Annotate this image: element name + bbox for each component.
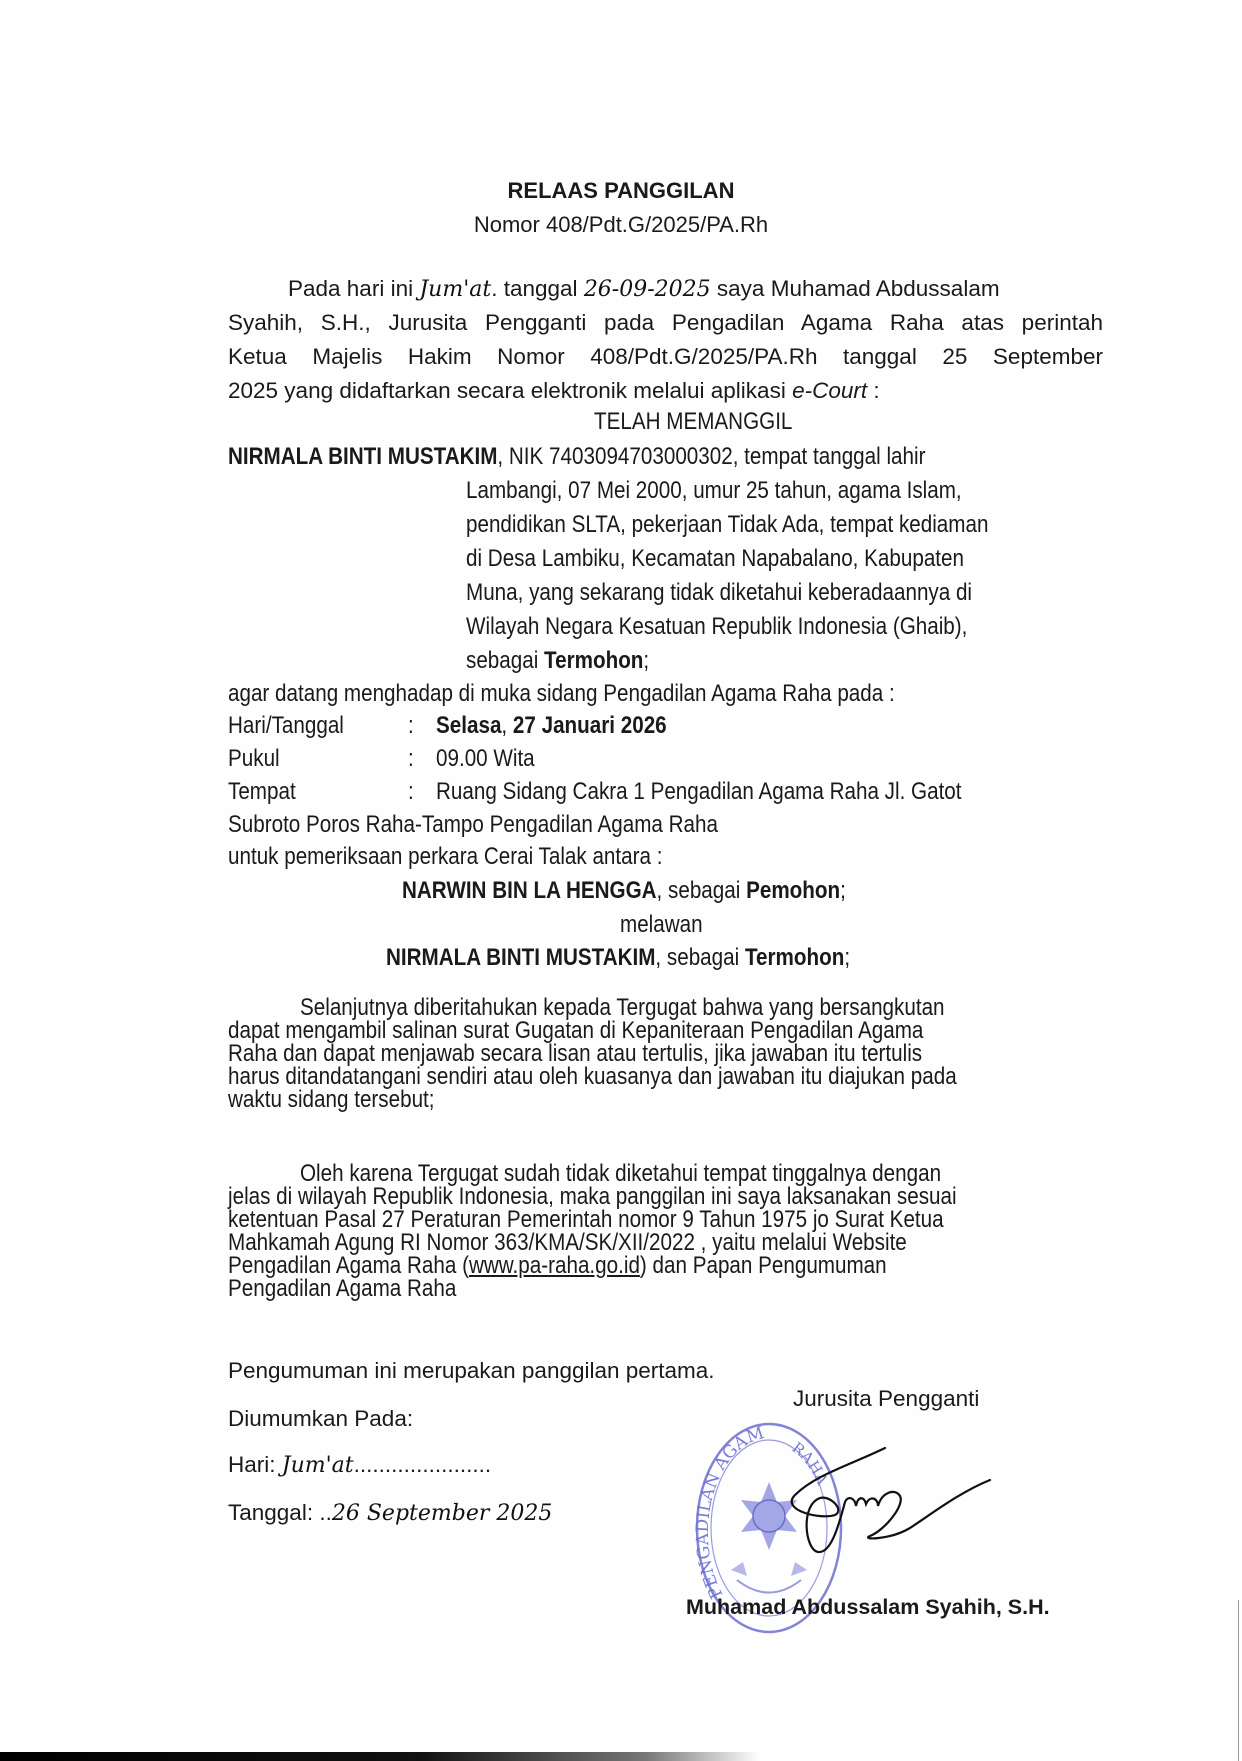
absent-line5-suffix: ) dan Papan Pengumuman (640, 1252, 887, 1279)
summons-intro: agar datang menghadap di muka sidang Pen… (228, 680, 895, 708)
opening-date-label: . tanggal (491, 276, 577, 301)
ecourt-label: e-Court (792, 378, 867, 403)
hearing-time-label: Pukul (228, 745, 280, 773)
absent-line-6: Pengadilan Agama Raha (228, 1275, 456, 1303)
announced-day-line: Hari: Jum'at...................... (228, 1452, 491, 1478)
opening-line-2: Syahih, S.H., Jurusita Pengganti pada Pe… (228, 310, 1103, 336)
petitioner-end: ; (840, 877, 846, 904)
hearing-date: 27 Januari 2026 (513, 712, 667, 739)
opening-line4-prefix: 2025 yang didaftarkan secara elektronik … (228, 378, 786, 403)
petitioner-line: NARWIN BIN LA HENGGA, sebagai Pemohon; (402, 877, 846, 905)
hearing-place-colon: : (408, 778, 414, 806)
hearing-time-colon: : (408, 745, 414, 773)
petitioner-mid: , sebagai (657, 877, 747, 904)
hearing-place-value-cont: Subroto Poros Raha-Tampo Pengadilan Agam… (228, 811, 718, 839)
announced-day-label: Hari: (228, 1452, 276, 1477)
opening-line-3: Ketua Majelis Hakim Nomor 408/Pdt.G/2025… (228, 344, 1103, 370)
summoned-heading: TELAH MEMANGGIL (594, 408, 792, 436)
respondent-line-2: Lambangi, 07 Mei 2000, umur 25 tahun, ag… (466, 477, 1102, 505)
case-intro: untuk pemeriksaan perkara Cerai Talak an… (228, 843, 662, 871)
signer-name: Muhamad Abdussalam Syahih, S.H. (686, 1595, 1050, 1620)
respondent-role-suffix: ; (643, 647, 649, 674)
announced-date-line: Tanggal: ..26 September 2025 (228, 1500, 552, 1526)
document-title: RELAAS PANGGILAN (0, 178, 1242, 204)
respondent-name: NIRMALA BINTI MUSTAKIM (228, 443, 497, 470)
petitioner-name: NARWIN BIN LA HENGGA (402, 877, 657, 904)
hearing-day-label: Hari/Tanggal (228, 712, 344, 740)
handwritten-announced-day: Jum'at (282, 1453, 354, 1478)
respondent-party-role: Termohon (745, 944, 844, 971)
website-link[interactable]: www.pa-raha.go.id (469, 1252, 640, 1279)
respondent-line-6: Wilayah Negara Kesatuan Republik Indones… (466, 613, 967, 641)
opening-line4-suffix: : (867, 378, 880, 403)
signer-position: Jurusita Pengganti (793, 1386, 979, 1412)
announced-date-dots: .. (319, 1500, 332, 1525)
opening-line-4: 2025 yang didaftarkan secara elektronik … (228, 378, 880, 404)
respondent-line-3: pendidikan SLTA, pekerjaan Tidak Ada, te… (466, 511, 988, 539)
hearing-place-label: Tempat (228, 778, 296, 806)
signature-icon (760, 1440, 1000, 1570)
announced-day-dots: ...................... (354, 1452, 492, 1477)
respondent-party-mid: , sebagai (655, 944, 745, 971)
opening-line1-rest: saya Muhamad Abdussalam (717, 276, 1000, 301)
announced-date-label: Tanggal: (228, 1500, 313, 1525)
hearing-weekday: Selasa (436, 712, 501, 739)
respondent-party-line: NIRMALA BINTI MUSTAKIM, sebagai Termohon… (386, 944, 850, 972)
handwritten-day: Jum'at (419, 277, 491, 302)
document-page: RELAAS PANGGILAN Nomor 408/Pdt.G/2025/PA… (0, 0, 1242, 1761)
handwritten-date: 26-09-2025 (584, 277, 711, 302)
hearing-day-colon: : (408, 712, 414, 740)
hearing-place-value: Ruang Sidang Cakra 1 Pengadilan Agama Ra… (436, 778, 962, 806)
respondent-line-1: NIRMALA BINTI MUSTAKIM, NIK 740309470300… (228, 443, 925, 471)
respondent-party-end: ; (844, 944, 850, 971)
notice-line-5: waktu sidang tersebut; (228, 1086, 435, 1114)
opening-prefix: Pada hari ini (288, 276, 413, 301)
respondent-line-4: di Desa Lambiku, Kecamatan Napabalano, K… (466, 545, 964, 573)
scan-edge (1238, 1600, 1239, 1761)
opening-line-1: Pada hari ini Jum'at. tanggal 26-09-2025… (288, 276, 1000, 302)
hearing-day-sep: , (501, 712, 512, 739)
respondent-role-prefix: sebagai (466, 647, 544, 674)
respondent-role-line: sebagai Termohon; (466, 647, 649, 675)
petitioner-role: Pemohon (746, 877, 840, 904)
announced-label: Diumumkan Pada: (228, 1406, 413, 1432)
hearing-day-value: Selasa, 27 Januari 2026 (436, 712, 667, 740)
handwritten-announced-date: 26 September 2025 (332, 1501, 552, 1526)
respondent-role: Termohon (544, 647, 643, 674)
versus-label: melawan (620, 911, 703, 939)
document-number: Nomor 408/Pdt.G/2025/PA.Rh (0, 212, 1242, 238)
respondent-party-name: NIRMALA BINTI MUSTAKIM (386, 944, 655, 971)
respondent-line1-text: , NIK 7403094703000302, tempat tanggal l… (497, 443, 925, 470)
scan-border (0, 1752, 760, 1761)
hearing-time-value: 09.00 Wita (436, 745, 535, 773)
first-summons-note: Pengumuman ini merupakan panggilan perta… (228, 1358, 715, 1384)
respondent-line-5: Muna, yang sekarang tidak diketahui kebe… (466, 579, 972, 607)
